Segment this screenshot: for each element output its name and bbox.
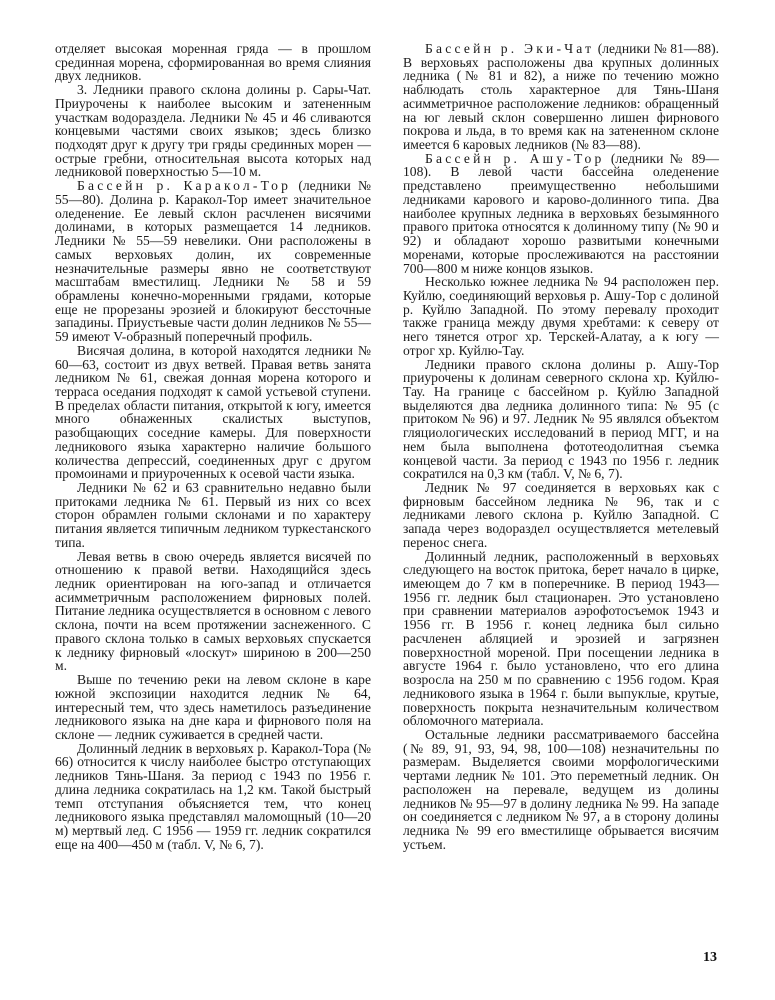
- paragraph: Несколько южнее ледника № 94 расположен …: [403, 275, 719, 357]
- paragraph: отделяет высокая моренная гряда — в прош…: [55, 42, 371, 83]
- paragraph: Левая ветвь в свою очередь является вися…: [55, 550, 371, 673]
- paragraph: Ледники № 62 и 63 сравнительно недавно б…: [55, 481, 371, 550]
- paragraph: Выше по течению реки на левом склоне в к…: [55, 673, 371, 742]
- paragraph: Бассейн р. Эки-Чат (ледники № 81—88). В …: [403, 42, 719, 152]
- paragraph: 3. Ледники правого склона долины р. Сары…: [55, 83, 371, 179]
- paragraph: Висячая долина, в которой находятся ледн…: [55, 344, 371, 481]
- right-column: Бассейн р. Эки-Чат (ледники № 81—88). В …: [403, 42, 719, 851]
- document-page: отделяет высокая моренная гряда — в прош…: [0, 0, 775, 1000]
- left-column: отделяет высокая моренная гряда — в прош…: [55, 42, 371, 851]
- paragraph: Ледники правого склона долины р. Ашу-Тор…: [403, 358, 719, 481]
- paragraph: Бассейн р. Каракол-Тор (ледники № 55—80)…: [55, 179, 371, 344]
- paragraph: Остальные ледники рассматриваемого бассе…: [403, 728, 719, 851]
- paragraph: Ледник № 97 соединяется в верховьях как …: [403, 481, 719, 550]
- paragraph: Бассейн р. Ашу-Тор (ледники № 89—108). В…: [403, 152, 719, 275]
- paragraph: Долинный ледник, расположенный в верховь…: [403, 550, 719, 728]
- paragraph: Долинный ледник в верховьях р. Каракол-Т…: [55, 742, 371, 852]
- page-number: 13: [703, 950, 717, 966]
